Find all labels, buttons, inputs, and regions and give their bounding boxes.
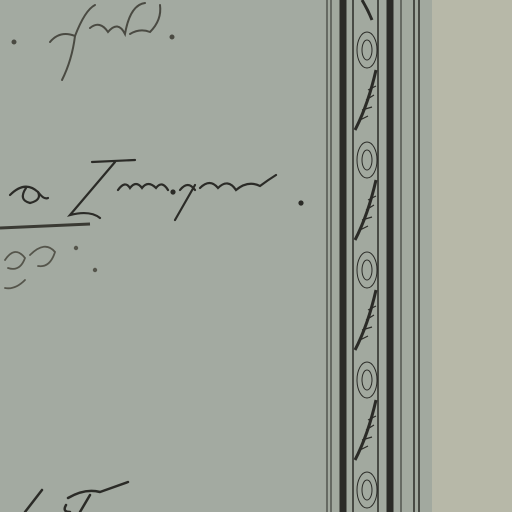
document-photo bbox=[0, 0, 512, 512]
ink-drawing bbox=[0, 0, 512, 512]
